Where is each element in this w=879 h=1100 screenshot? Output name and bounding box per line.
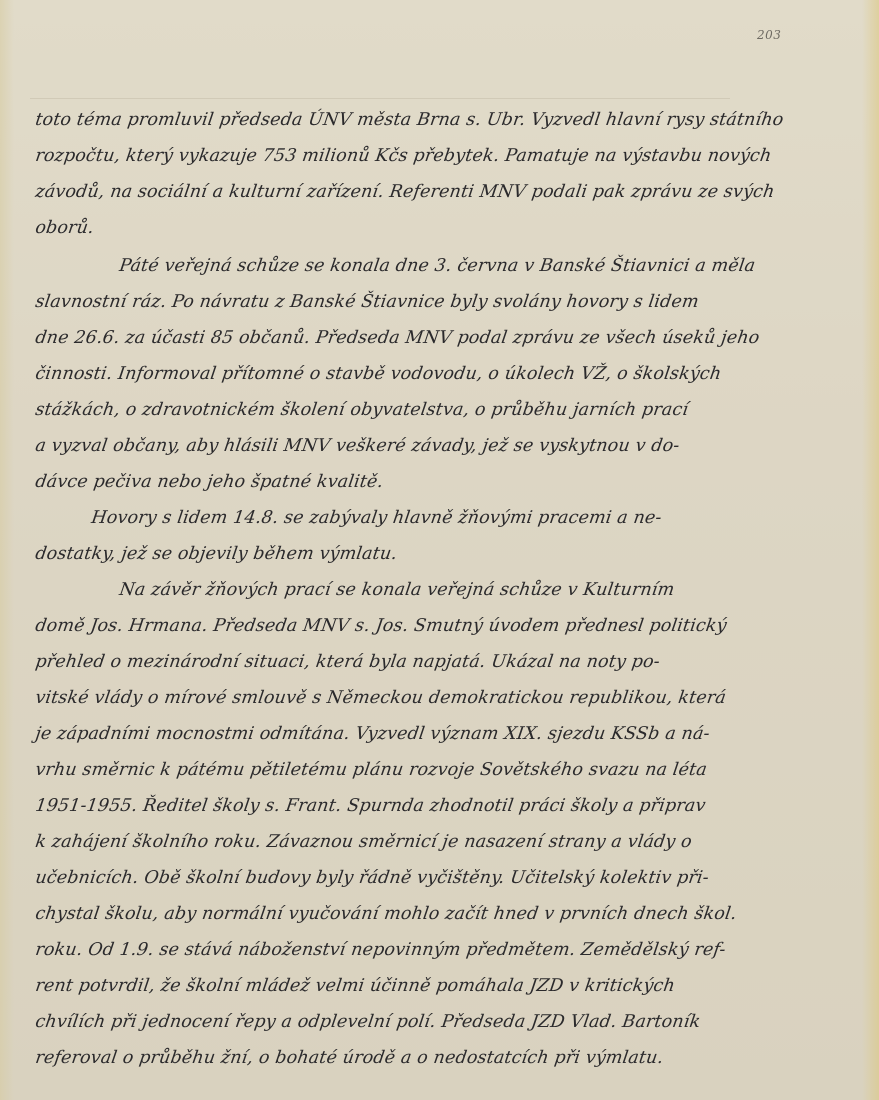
handwritten-line: a vyzval občany, aby hlásili MNV veškeré… bbox=[34, 436, 681, 456]
manuscript-page: 203 toto téma promluvil předseda ÚNV měs… bbox=[0, 0, 879, 1100]
handwritten-line: domě Jos. Hrmana. Předseda MNV s. Jos. S… bbox=[34, 616, 728, 636]
handwritten-line: chvílích při jednocení řepy a odplevelní… bbox=[34, 1012, 702, 1032]
handwritten-line: Hovory s lidem 14.8. se zabývaly hlavně … bbox=[34, 508, 663, 528]
handwritten-line: vitské vlády o mírové smlouvě s Německou… bbox=[34, 688, 727, 708]
handwritten-line: činnosti. Informoval přítomné o stavbě v… bbox=[34, 364, 723, 384]
handwritten-line: 1951-1955. Ředitel školy s. Frant. Spurn… bbox=[34, 796, 707, 816]
handwritten-line: stážkách, o zdravotnickém školení obyvat… bbox=[34, 400, 690, 420]
handwritten-line: roku. Od 1.9. se stává náboženství nepov… bbox=[34, 940, 727, 960]
handwritten-line: dne 26.6. za účasti 85 občanů. Předseda … bbox=[34, 328, 761, 348]
handwritten-line: vrhu směrnic k pátému pětiletému plánu r… bbox=[34, 760, 708, 780]
handwritten-line: rozpočtu, který vykazuje 753 milionů Kčs… bbox=[34, 146, 773, 166]
handwritten-line: slavnostní ráz. Po návratu z Banské Štia… bbox=[34, 292, 700, 312]
handwritten-line: učebnicích. Obě školní budovy byly řádně… bbox=[34, 868, 710, 888]
handwritten-line: závodů, na sociální a kulturní zařízení.… bbox=[34, 182, 776, 202]
handwritten-line: oborů. bbox=[34, 218, 95, 238]
handwritten-line: rent potvrdil, že školní mládež velmi úč… bbox=[34, 976, 676, 996]
handwritten-line: k zahájení školního roku. Závaznou směrn… bbox=[34, 832, 693, 852]
handwritten-line: dávce pečiva nebo jeho špatné kvalitě. bbox=[34, 472, 385, 492]
handwritten-line: dostatky, jež se objevily během výmlatu. bbox=[34, 544, 398, 564]
handwritten-line: je západními mocnostmi odmítána. Vyzvedl… bbox=[34, 724, 711, 744]
handwritten-line: referoval o průběhu žní, o bohaté úrodě … bbox=[34, 1048, 665, 1068]
handwritten-line: Páté veřejná schůze se konala dne 3. čer… bbox=[34, 256, 757, 276]
handwritten-line: Na závěr žňových prací se konala veřejná… bbox=[34, 580, 676, 600]
handwritten-line: toto téma promluvil předseda ÚNV města B… bbox=[34, 110, 785, 130]
handwritten-line: chystal školu, aby normální vyučování mo… bbox=[34, 904, 738, 924]
handwritten-line: přehled o mezinárodní situaci, která byl… bbox=[34, 652, 661, 672]
page-number: 203 bbox=[757, 28, 781, 42]
